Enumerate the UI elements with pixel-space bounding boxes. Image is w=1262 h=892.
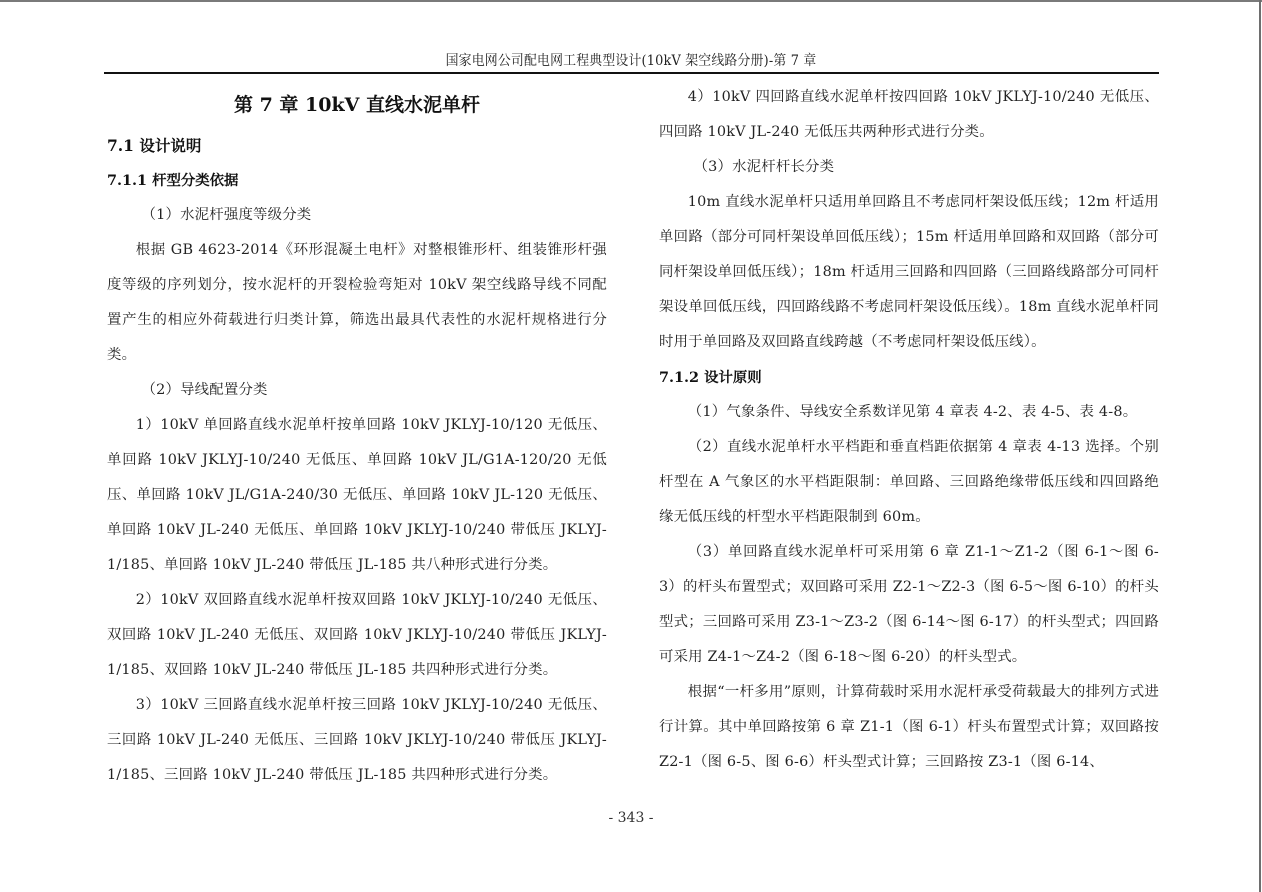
page-number: - 343 -	[560, 810, 702, 826]
item-2-sub3-paragraph: 3）10kV 三回路直线水泥单杆按三回路 10kV JKLYJ-10/240 无…	[107, 688, 607, 793]
header-rule	[104, 72, 1159, 74]
principle-4-paragraph: 根据“一杆多用”原则，计算荷载时采用水泥杆承受荷载最大的排列方式进行计算。其中单…	[659, 675, 1159, 780]
item-3-heading: （3）水泥杆杆长分类	[659, 150, 1159, 185]
running-header: 国家电网公司配电网工程典型设计(10kV 架空线路分册)-第 7 章	[146, 50, 1116, 70]
item-2-sub1-paragraph: 1）10kV 单回路直线水泥单杆按单回路 10kV JKLYJ-10/120 无…	[107, 408, 607, 583]
left-column: 第 7 章 10kV 直线水泥单杆 7.1 设计说明 7.1.1 杆型分类依据 …	[107, 80, 607, 793]
principle-2-paragraph: （2）直线水泥单杆水平档距和垂直档距依据第 4 章表 4-13 选择。个别杆型在…	[659, 430, 1159, 535]
chapter-title: 第 7 章 10kV 直线水泥单杆	[107, 80, 607, 128]
item-2-sub2-paragraph: 2）10kV 双回路直线水泥单杆按双回路 10kV JKLYJ-10/240 无…	[107, 583, 607, 688]
section-heading-7-1-2: 7.1.2 设计原则	[659, 360, 1159, 395]
section-heading-7-1: 7.1 设计说明	[107, 128, 607, 163]
item-3-body: 10m 直线水泥单杆只适用单回路且不考虑同杆架设低压线；12m 杆适用单回路（部…	[659, 185, 1159, 360]
item-1-body: 根据 GB 4623-2014《环形混凝土电杆》对整根锥形杆、组装锥形杆强度等级…	[107, 233, 607, 373]
principle-1-paragraph: （1）气象条件、导线安全系数详见第 4 章表 4-2、表 4-5、表 4-8。	[659, 395, 1159, 430]
page-frame-top-border	[0, 0, 1262, 2]
item-2-heading: （2）导线配置分类	[107, 373, 607, 408]
principle-3-paragraph: （3）单回路直线水泥单杆可采用第 6 章 Z1-1～Z1-2（图 6-1～图 6…	[659, 535, 1159, 675]
item-1-heading: （1）水泥杆强度等级分类	[107, 198, 607, 233]
item-2-sub4-paragraph: 4）10kV 四回路直线水泥单杆按四回路 10kV JKLYJ-10/240 无…	[659, 80, 1159, 150]
right-column: 4）10kV 四回路直线水泥单杆按四回路 10kV JKLYJ-10/240 无…	[659, 80, 1159, 780]
section-heading-7-1-1: 7.1.1 杆型分类依据	[107, 163, 607, 198]
page-frame-right-border	[1259, 0, 1261, 892]
